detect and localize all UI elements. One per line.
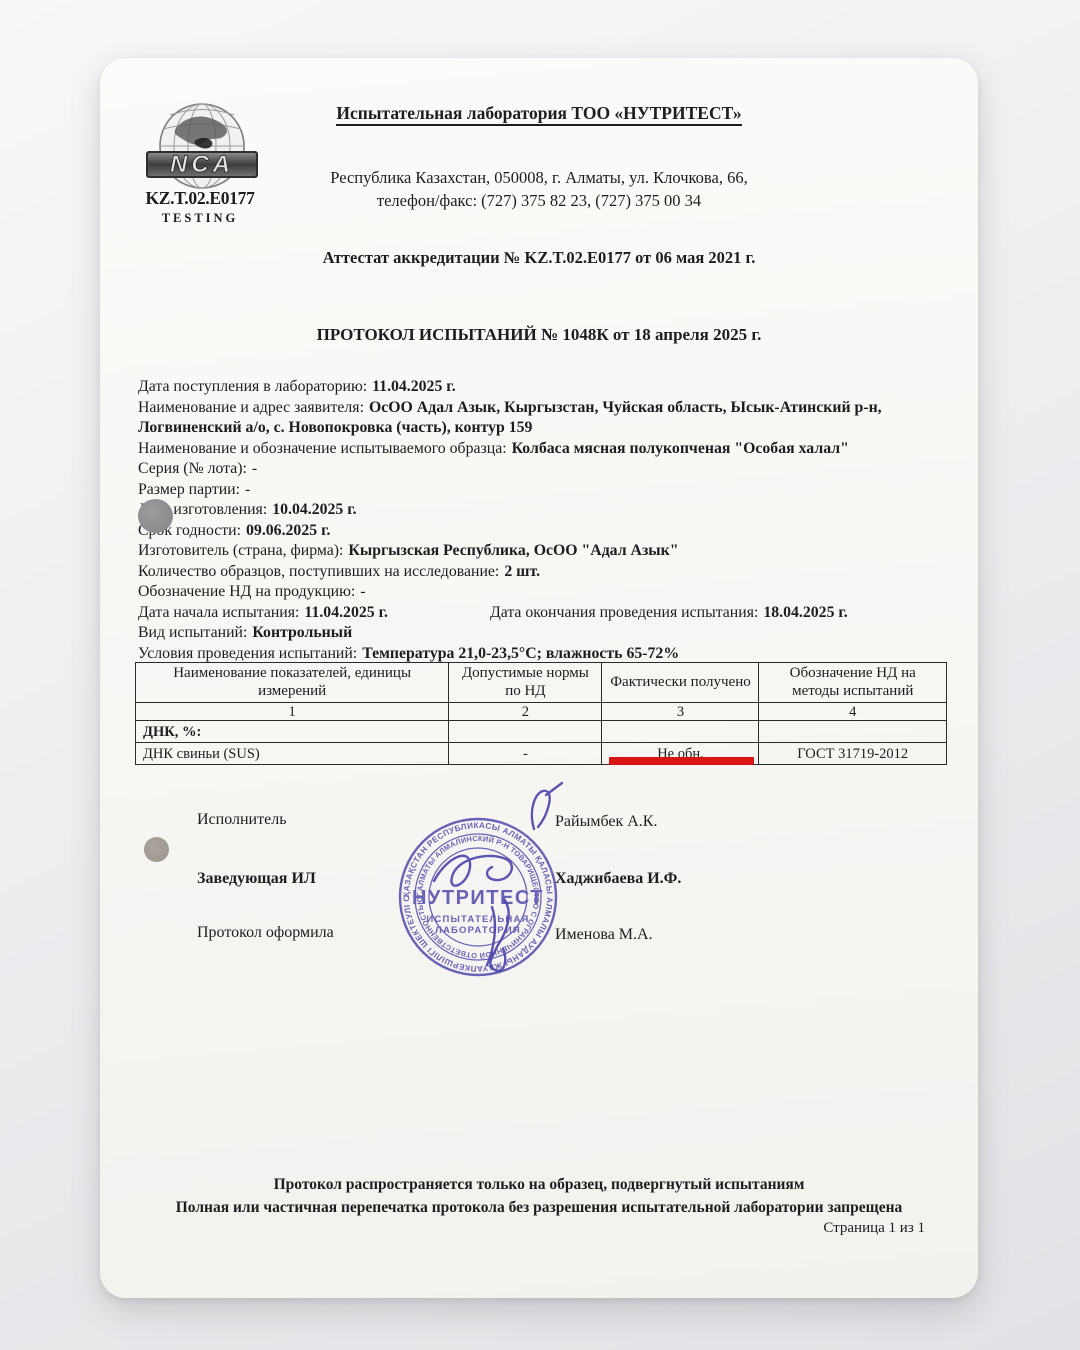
column-header: Наименование показателей, единицы измере… (136, 663, 449, 703)
field-label: Дата поступления в лабораторию: (138, 378, 367, 395)
address-line-2: телефон/факс: (727) 375 82 23, (727) 375… (100, 189, 978, 212)
field-row-dual: Дата начала испытания:11.04.2025 г.Дата … (138, 603, 964, 624)
signature-role: Заведующая ИЛ (197, 870, 316, 888)
column-header: Фактически получено (602, 663, 759, 703)
field-row: Наименование и обозначение испытываемого… (138, 439, 964, 460)
field-value: 18.04.2025 г. (763, 604, 847, 621)
logo-testing-label: TESTING (128, 211, 272, 226)
red-underline-annotation (609, 757, 754, 765)
field-value: Колбаса мясная полукопченая "Особая хала… (512, 440, 849, 457)
footer-disclaimer-2: Полная или частичная перепечатка протоко… (100, 1199, 978, 1217)
signature-scribble (532, 783, 562, 829)
field-row: Условия проведения испытаний:Температура… (138, 644, 964, 665)
field-label: Изготовитель (страна, фирма): (138, 542, 343, 559)
protocol-fields: Дата поступления в лабораторию:11.04.202… (138, 377, 964, 664)
table-header-row: Наименование показателей, единицы измере… (136, 663, 947, 703)
lab-address: Республика Казахстан, 050008, г. Алматы,… (100, 166, 978, 212)
column-number: 4 (759, 703, 947, 721)
field-value: 11.04.2025 г. (304, 604, 388, 621)
field-value: Кыргызская Республика, ОсОО "Адал Азык" (348, 542, 678, 559)
column-number: 1 (136, 703, 449, 721)
field-row: Наименование и адрес заявителя:ОсОО Адал… (138, 398, 964, 439)
field-value: - (360, 583, 365, 600)
field-label: Наименование и обозначение испытываемого… (138, 440, 507, 457)
stamp-sub-text: ИСПЫТАТЕЛЬНАЯ (426, 914, 529, 925)
column-number-row: 1 2 3 4 (136, 703, 947, 721)
results-table: Наименование показателей, единицы измере… (135, 662, 947, 765)
field-row: Количество образцов, поступивших на иссл… (138, 562, 964, 583)
field-label: Размер партии: (138, 481, 240, 498)
field-value: 09.06.2025 г. (246, 522, 330, 539)
field-value: 10.04.2025 г. (272, 501, 356, 518)
field-label: Обозначение НД на продукцию: (138, 583, 355, 600)
signature-role: Исполнитель (197, 811, 287, 829)
table-cell (602, 721, 759, 743)
field-label: Дата начала испытания: (138, 604, 299, 621)
lab-round-stamp: ҚАЗАҚСТАН РЕСПУБЛИКАСЫ АЛМАТЫ ҚАЛАСЫ АЛМ… (356, 781, 600, 1027)
table-cell (759, 721, 947, 743)
column-number: 2 (449, 703, 602, 721)
field-row: Дата поступления в лабораторию:11.04.202… (138, 377, 964, 398)
field-label: Вид испытаний: (138, 624, 247, 641)
field-label: Условия проведения испытаний: (138, 645, 357, 662)
field-row: Срок годности:09.06.2025 г. (138, 521, 964, 542)
footer-disclaimer-1: Протокол распространяется только на обра… (100, 1176, 978, 1194)
indicator-cell: ДНК свиньи (SUS) (136, 743, 449, 765)
field-row: Изготовитель (страна, фирма):Кыргызская … (138, 541, 964, 562)
stamp-center-text: НУТРИТЕСТ (412, 887, 544, 909)
page-number: Страница 1 из 1 (823, 1220, 925, 1237)
field-label: Количество образцов, поступивших на иссл… (138, 563, 499, 580)
field-value: Температура 21,0-23,5°С; влажность 65-72… (362, 645, 679, 662)
protocol-title: ПРОТОКОЛ ИСПЫТАНИЙ № 1048К от 18 апреля … (100, 325, 978, 345)
hole-punch-dot (138, 499, 173, 533)
table-cell (449, 721, 602, 743)
signature-role: Протокол оформила (197, 924, 334, 942)
address-line-1: Республика Казахстан, 050008, г. Алматы,… (100, 166, 978, 189)
indicator-group-cell: ДНК, %: (136, 721, 449, 743)
document-page: NCA KZ.T.02.E0177 TESTING Испытательная … (100, 58, 978, 1298)
field-value: 2 шт. (504, 563, 540, 580)
table-row: ДНК, %: (136, 721, 947, 743)
field-row: Обозначение НД на продукцию:- (138, 582, 964, 603)
table-row: ДНК свиньи (SUS) - Не обн. ГОСТ 31719-20… (136, 743, 947, 765)
method-cell: ГОСТ 31719-2012 (759, 743, 947, 765)
column-header: Обозначение НД на методы испытаний (759, 663, 947, 703)
column-number: 3 (602, 703, 759, 721)
hole-punch-dot (144, 837, 169, 862)
field-label: Серия (№ лота): (138, 460, 247, 477)
field-row: Серия (№ лота):- (138, 459, 964, 480)
field-row: Размер партии:- (138, 480, 964, 501)
norm-cell: - (449, 743, 602, 765)
field-value: 11.04.2025 г. (372, 378, 456, 395)
field-value: - (252, 460, 257, 477)
field-label: Наименование и адрес заявителя: (138, 399, 364, 416)
accreditation-line: Аттестат аккредитации № KZ.T.02.E0177 от… (100, 248, 978, 268)
stamp-sub-text: ЛАБОРАТОРИЯ (435, 925, 521, 936)
field-value: Контрольный (252, 624, 352, 641)
lab-title: Испытательная лаборатория ТОО «НУТРИТЕСТ… (100, 103, 978, 124)
field-label: Дата окончания проведения испытания: (490, 604, 758, 621)
column-header: Допустимые нормы по НД (449, 663, 602, 703)
field-value: - (245, 481, 250, 498)
field-row: Вид испытаний:Контрольный (138, 623, 964, 644)
field-row: Дата изготовления:10.04.2025 г. (138, 500, 964, 521)
